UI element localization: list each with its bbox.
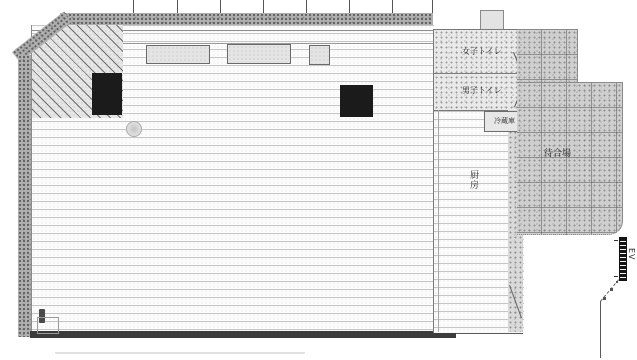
boundary-line-lower [600, 301, 601, 358]
floor-drain-circle [126, 121, 142, 137]
left-wall [18, 55, 31, 337]
mens-toilet-label: 男子トイレ [462, 87, 502, 95]
refrigerator-label: 冷蔵庫 [494, 118, 515, 125]
floor-plan-canvas: 女子トイレ 男子トイレ 厨房 冷蔵庫 待合場 EV [0, 0, 637, 360]
column-pillar [92, 73, 122, 115]
tiny-survey-mark [603, 297, 606, 300]
wall-counter [309, 45, 330, 65]
top-wall [60, 13, 433, 25]
tiny-survey-mark [610, 288, 613, 291]
tiny-survey-mark [616, 281, 618, 283]
scan-artifact-line [55, 352, 305, 354]
column-pillar [340, 85, 373, 117]
toilet-block: 女子トイレ 男子トイレ [433, 29, 519, 112]
waiting-area-label: 待合場 [544, 150, 571, 159]
wall-counter [146, 45, 210, 64]
elevator-tick [614, 276, 618, 277]
shaft-box [480, 10, 504, 31]
kitchen-label: 厨房 [468, 170, 477, 190]
elevator-tick [614, 240, 618, 241]
kitchen-inner-wall-line [438, 110, 439, 332]
entrance-notch [37, 317, 59, 334]
elevator-bar [619, 237, 627, 281]
wall-counter [227, 44, 291, 64]
womens-toilet-label: 女子トイレ [462, 48, 502, 56]
waiting-area-upper [517, 29, 578, 86]
elevator-label: EV [627, 248, 635, 261]
toilet-room-divider [434, 73, 518, 74]
bottom-wall [30, 331, 456, 338]
